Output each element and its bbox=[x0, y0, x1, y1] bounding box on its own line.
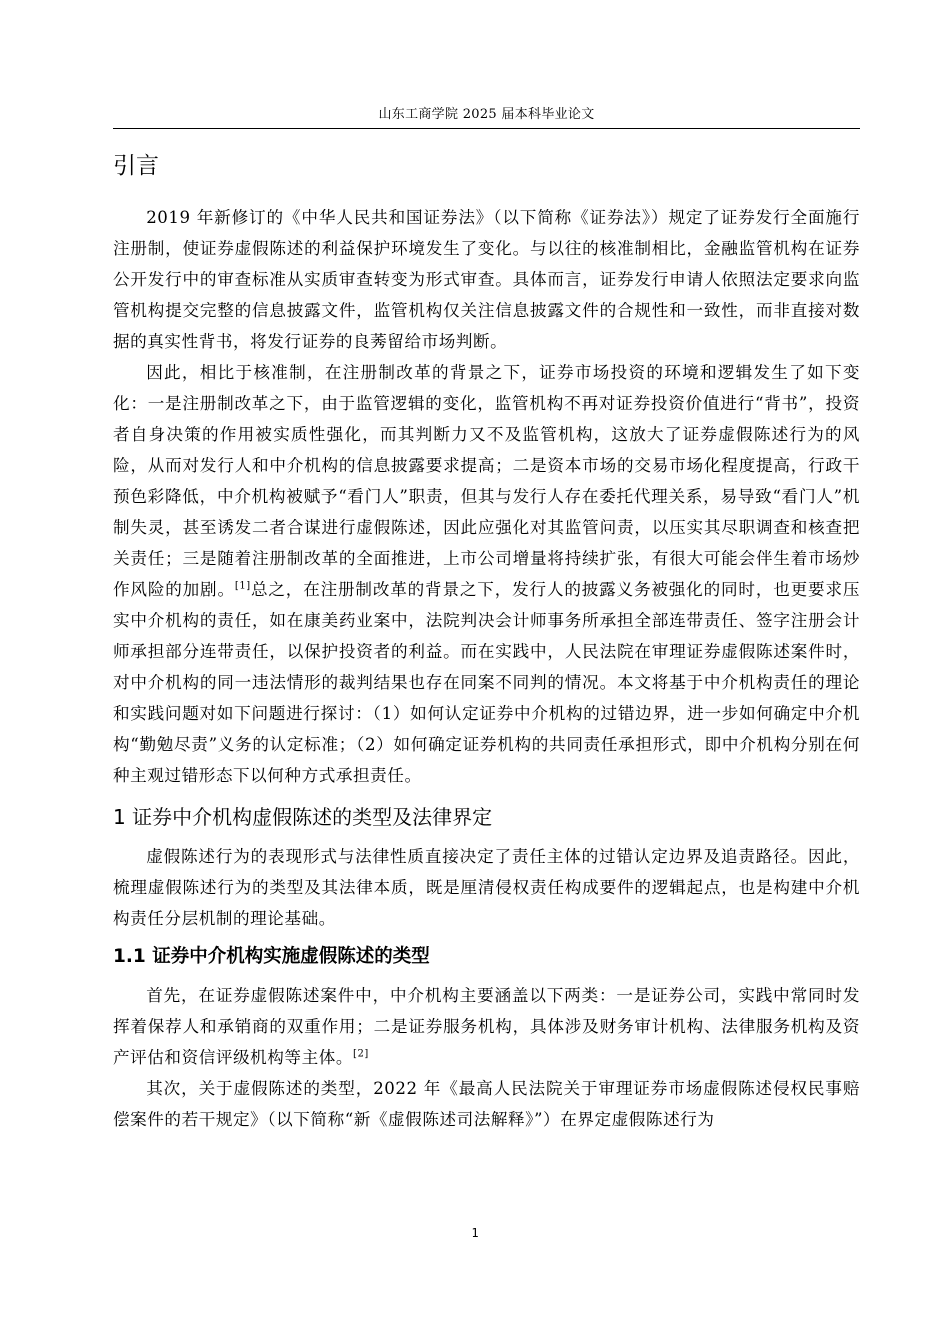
running-header: 山东工商学院 2025 届本科毕业论文 bbox=[113, 106, 860, 124]
section-1-1-paragraph-2: 其次，关于虚假陈述的类型，2022 年《最高人民法院关于审理证券市场虚假陈述侵权… bbox=[113, 1073, 860, 1135]
page-content: 引言 2019 年新修订的《中华人民共和国证券法》（以下简称《证券法》）规定了证… bbox=[113, 146, 860, 1135]
section-1-1-paragraph-1-text: 首先，在证券虚假陈述案件中，中介机构主要涵盖以下两类：一是证券公司，实践中常同时… bbox=[113, 986, 860, 1067]
citation-1[interactable]: [1] bbox=[235, 580, 251, 591]
chapter-1-paragraph: 虚假陈述行为的表现形式与法律性质直接决定了责任主体的过错认定边界及追责路径。因此… bbox=[113, 841, 860, 934]
intro-paragraph-3-text: 总之，在注册制改革的背景之下，发行人的披露义务被强化的同时，也更要求压实中介机构… bbox=[113, 580, 860, 785]
header-rule bbox=[113, 128, 860, 129]
citation-2[interactable]: [2] bbox=[353, 1048, 369, 1059]
section-1-1-paragraph-1: 首先，在证券虚假陈述案件中，中介机构主要涵盖以下两类：一是证券公司，实践中常同时… bbox=[113, 980, 860, 1073]
intro-heading: 引言 bbox=[113, 146, 860, 188]
document-page: 山东工商学院 2025 届本科毕业论文 引言 2019 年新修订的《中华人民共和… bbox=[0, 0, 950, 1344]
intro-paragraph-1: 2019 年新修订的《中华人民共和国证券法》（以下简称《证券法》）规定了证券发行… bbox=[113, 202, 860, 357]
spacer bbox=[113, 188, 860, 202]
intro-paragraph-2-text: 因此，相比于核准制，在注册制改革的背景之下，证券市场投资的环境和逻辑发生了如下变… bbox=[113, 363, 860, 599]
page-number: 1 bbox=[0, 1226, 950, 1240]
intro-paragraph-2: 因此，相比于核准制，在注册制改革的背景之下，证券市场投资的环境和逻辑发生了如下变… bbox=[113, 357, 860, 791]
section-1-1-heading: 1.1 证券中介机构实施虚假陈述的类型 bbox=[113, 940, 860, 974]
chapter-1-heading: 1 证券中介机构虚假陈述的类型及法律界定 bbox=[113, 799, 860, 835]
